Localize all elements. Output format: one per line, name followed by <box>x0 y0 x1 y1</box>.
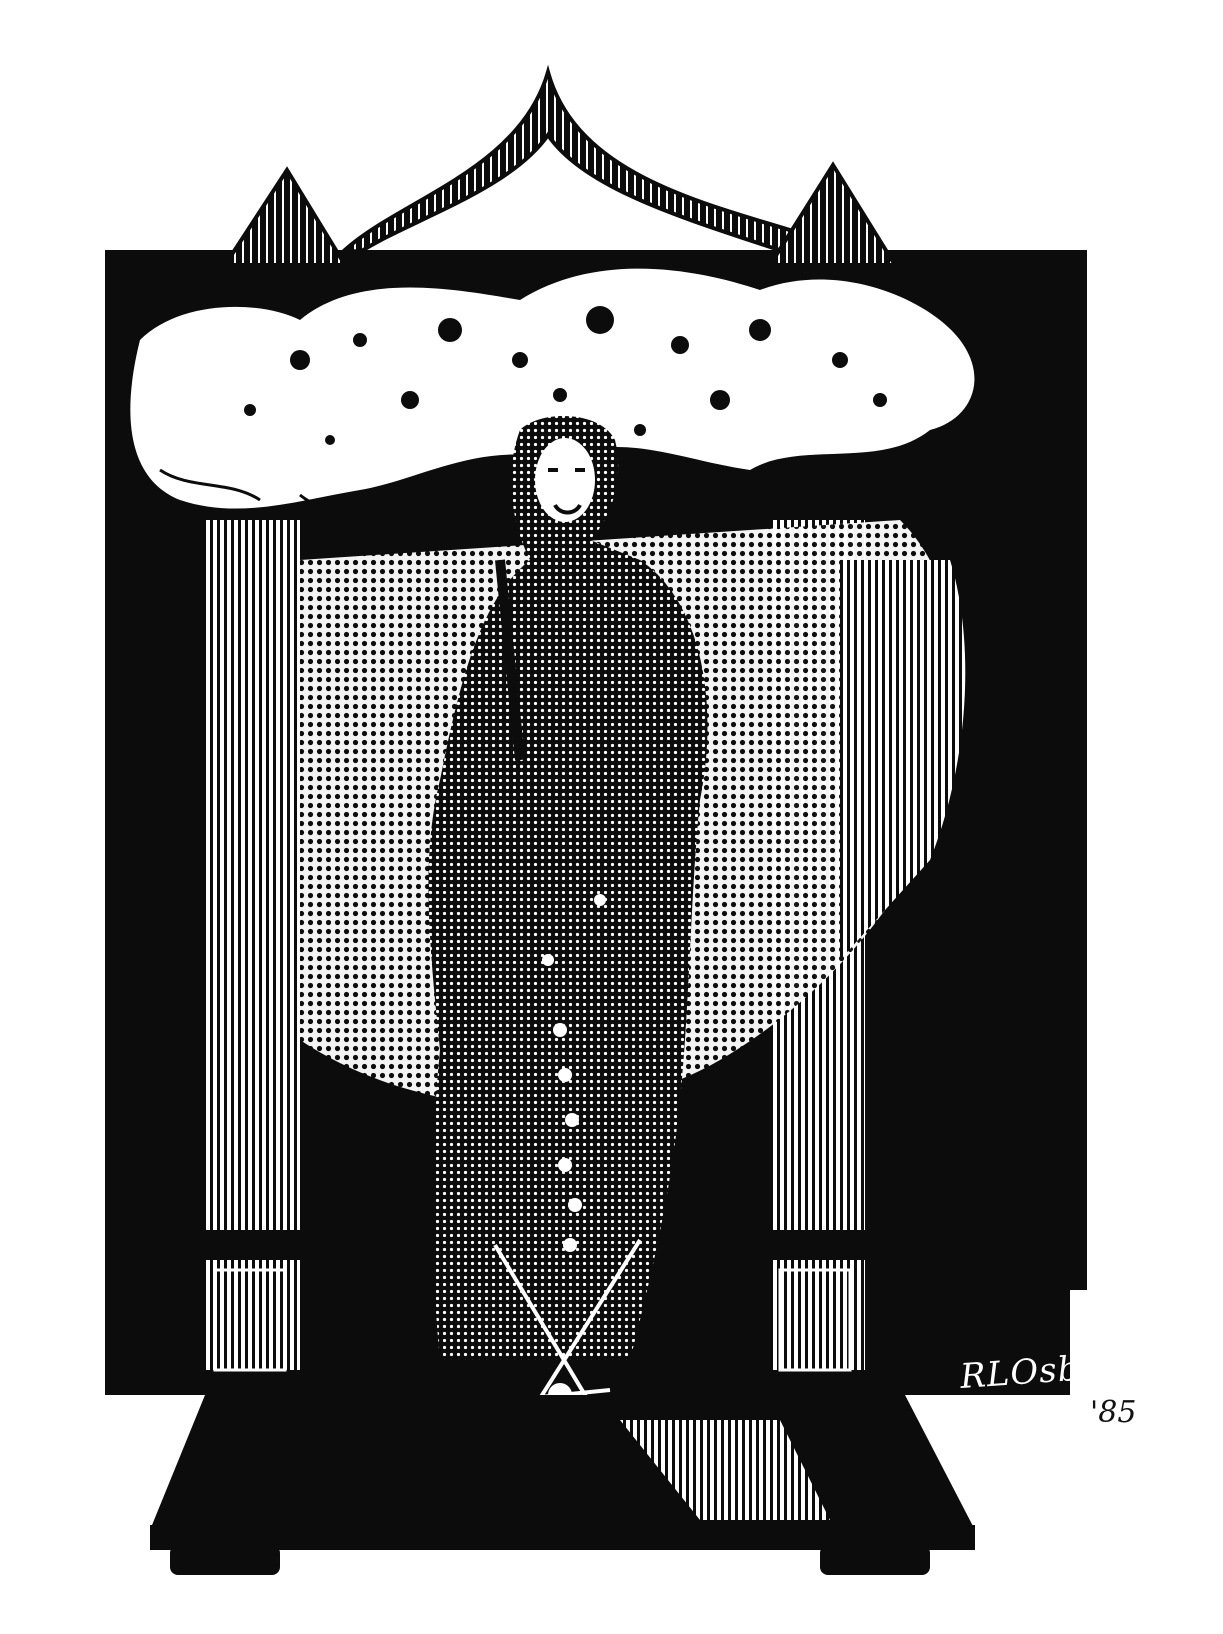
signature-year: '85 <box>1090 1395 1136 1430</box>
pagoda-arch <box>225 72 895 265</box>
left-pillar <box>205 520 300 1370</box>
dais <box>150 1395 975 1575</box>
